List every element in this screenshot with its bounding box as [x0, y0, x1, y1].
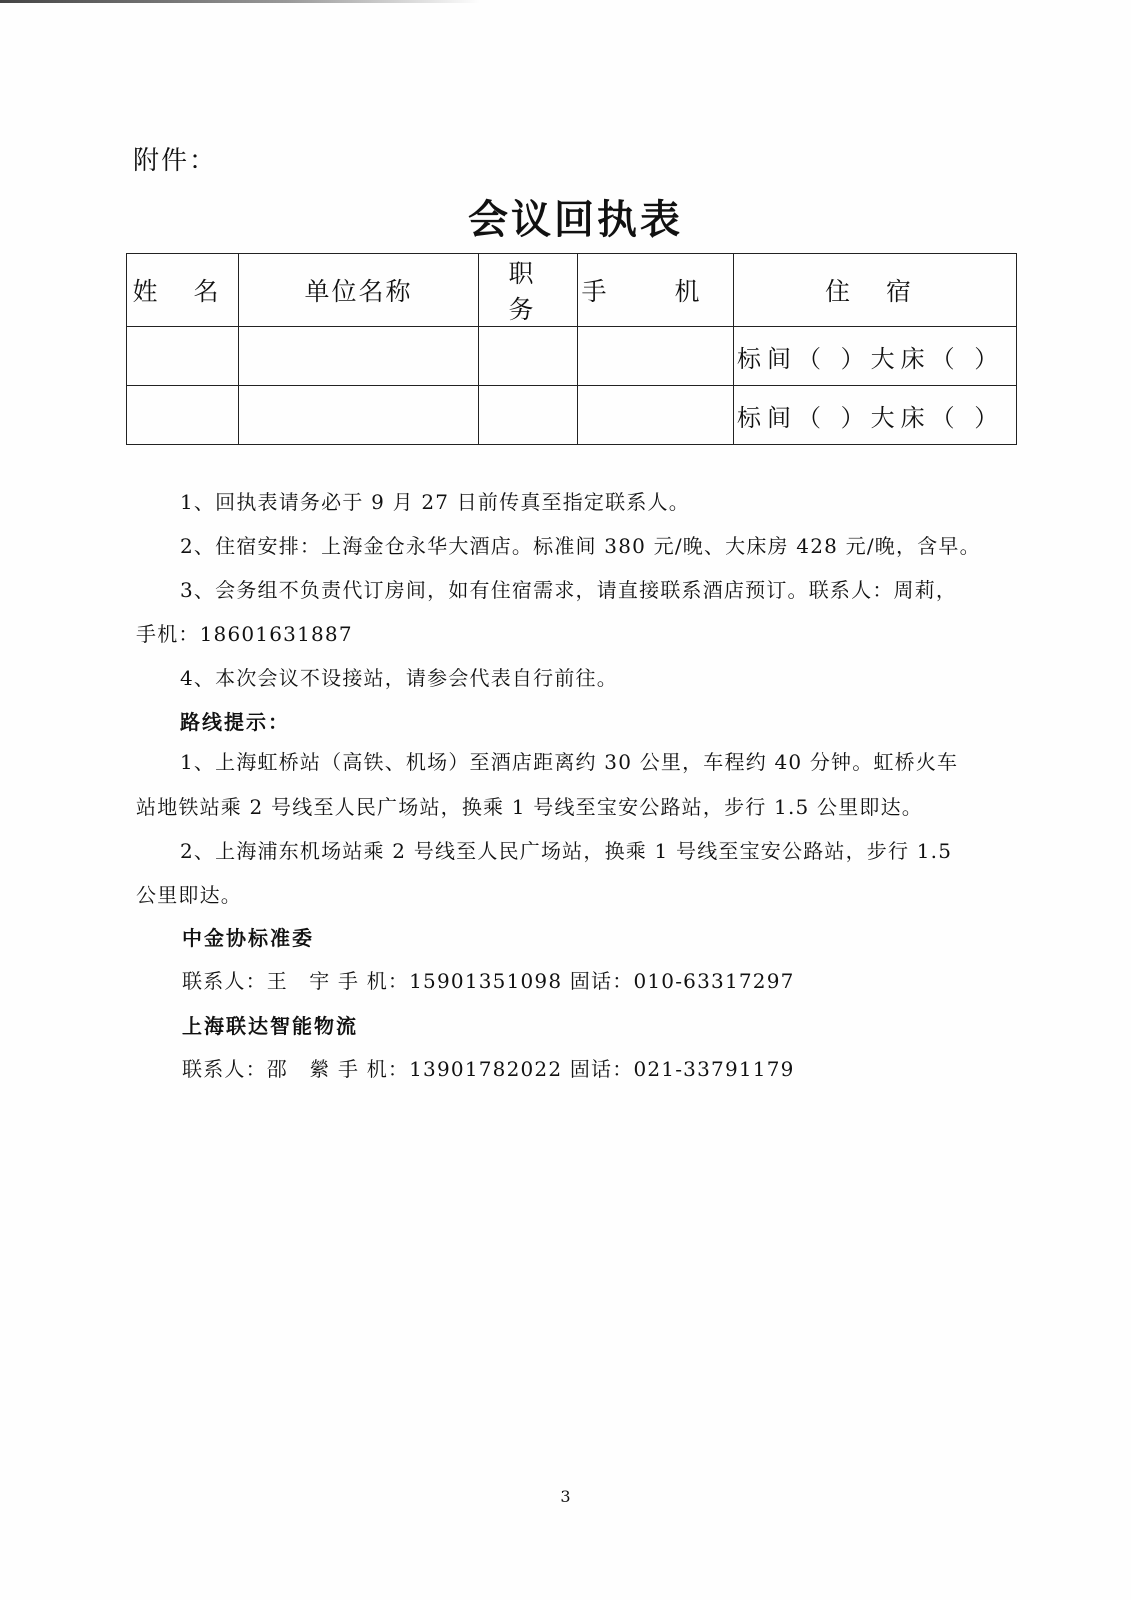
receipt-form-table: 姓 名 单位名称 职 务 手 机 住 宿 标间（ ）大床（ ） 标间（ ）大床（…: [126, 253, 1017, 445]
cell-lodging[interactable]: 标间（ ）大床（ ）: [734, 327, 1017, 386]
header-unit: 单位名称: [239, 254, 479, 327]
attachment-label: 附件：: [133, 140, 217, 177]
note-3-cont: 手机：18601631887: [136, 618, 353, 647]
route-line-2-cont: 公里即达。: [136, 879, 242, 908]
cell-name[interactable]: [127, 327, 239, 386]
route-line-1: 1、上海虹桥站（高铁、机场）至酒店距离约 30 公里，车程约 40 分钟。虹桥火…: [180, 746, 958, 775]
table-row: 标间（ ）大床（ ）: [127, 386, 1017, 445]
cell-unit[interactable]: [239, 386, 479, 445]
contact-org-2: 上海联达智能物流: [182, 1010, 358, 1039]
header-position: 职 务: [479, 254, 578, 327]
header-lodging: 住 宿: [734, 254, 1017, 327]
scan-edge: [0, 0, 480, 3]
note-4: 4、本次会议不设接站，请参会代表自行前往。: [180, 662, 618, 691]
cell-phone[interactable]: [578, 386, 734, 445]
table-row: 标间（ ）大床（ ）: [127, 327, 1017, 386]
route-heading: 路线提示：: [180, 706, 290, 735]
contact-line-2: 联系人：邵 縈 手 机：13901782022 固话：021-33791179: [182, 1053, 795, 1082]
header-phone: 手 机: [578, 254, 734, 327]
cell-position[interactable]: [479, 327, 578, 386]
note-2: 2、住宿安排：上海金仓永华大酒店。标准间 380 元/晚、大床房 428 元/晚…: [180, 530, 981, 559]
header-name: 姓 名: [127, 254, 239, 327]
contact-org-1: 中金协标准委: [182, 922, 314, 951]
cell-name[interactable]: [127, 386, 239, 445]
note-3: 3、会务组不负责代订房间，如有住宿需求，请直接联系酒店预订。联系人：周莉，: [180, 574, 957, 603]
contact-line-1: 联系人：王 宇 手 机：15901351098 固话：010-63317297: [182, 965, 795, 994]
cell-unit[interactable]: [239, 327, 479, 386]
page-number: 3: [0, 1487, 1131, 1506]
note-1: 1、回执表请务必于 9 月 27 日前传真至指定联系人。: [180, 486, 690, 515]
route-line-2: 2、上海浦东机场站乘 2 号线至人民广场站，换乘 1 号线至宝安公路站，步行 1…: [180, 835, 952, 864]
cell-position[interactable]: [479, 386, 578, 445]
route-line-1-cont: 站地铁站乘 2 号线至人民广场站，换乘 1 号线至宝安公路站，步行 1.5 公里…: [136, 791, 923, 820]
page-title: 会议回执表: [0, 188, 1131, 245]
cell-phone[interactable]: [578, 327, 734, 386]
cell-lodging[interactable]: 标间（ ）大床（ ）: [734, 386, 1017, 445]
table-header-row: 姓 名 单位名称 职 务 手 机 住 宿: [127, 254, 1017, 327]
